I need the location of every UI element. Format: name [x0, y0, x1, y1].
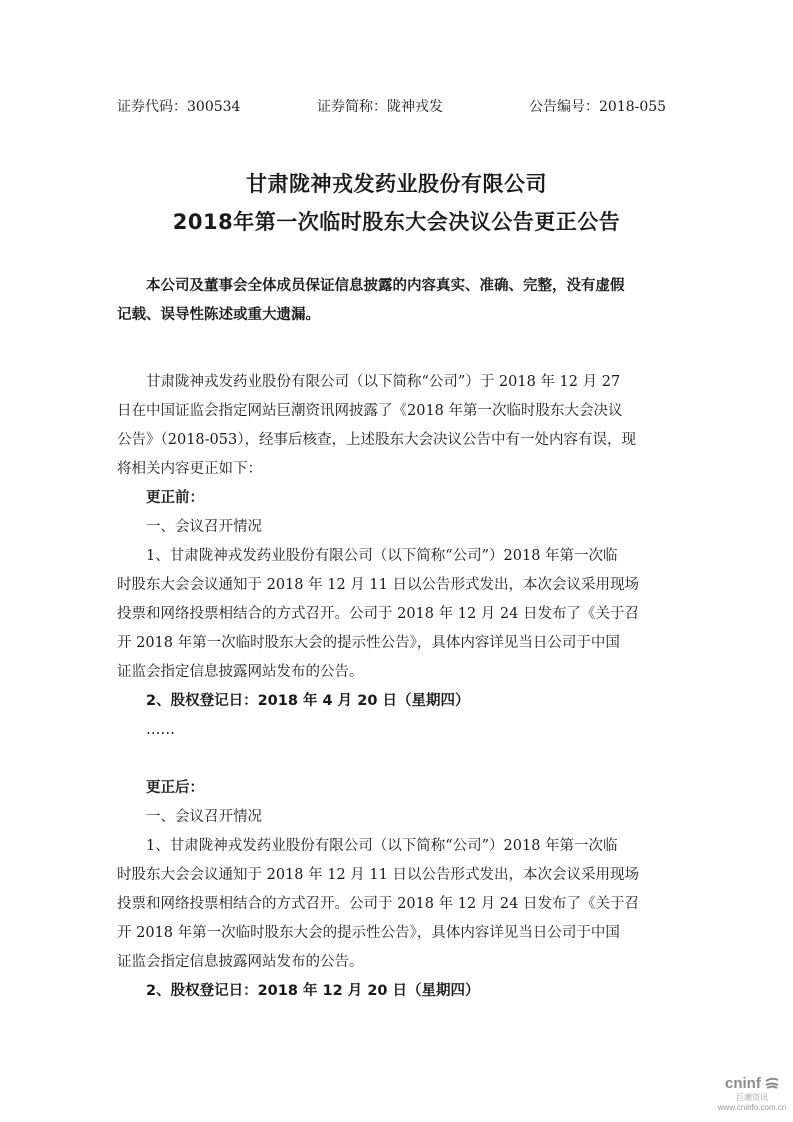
after-record-date: 2、股权登记日：2018 年 12 月 20 日（星期四）	[117, 977, 677, 1006]
after-item-line: 证监会指定信息披露网站发布的公告。	[117, 948, 677, 977]
statement-line: 记载、误导性陈述或重大遗漏。	[117, 301, 677, 330]
watermark-cn-name: 巨潮资讯	[712, 1092, 792, 1103]
notice-number: 公告编号：2018-055	[529, 96, 666, 116]
cninfo-logo-icon: cninf	[712, 1075, 792, 1092]
ellipsis: ……	[117, 716, 677, 745]
intro-line: 甘肃陇神戎发药业股份有限公司（以下简称“公司”）于 2018 年 12 月 27	[117, 368, 677, 397]
statement-line: 本公司及董事会全体成员保证信息披露的内容真实、准确、完整，没有虚假	[117, 272, 677, 301]
after-item-line: 投票和网络投票相结合的方式召开。公司于 2018 年 12 月 24 日发布了《…	[117, 890, 677, 919]
before-item-line: 开 2018 年第一次临时股东大会的提示性公告》，具体内容详见当日公司于中国	[117, 629, 677, 658]
before-item-line: 1、甘肃陇神戎发药业股份有限公司（以下简称“公司”）2018 年第一次临	[117, 542, 677, 571]
title-notice: 2018年第一次临时股东大会决议公告更正公告	[0, 206, 793, 236]
before-item-line: 时股东大会会议通知于 2018 年 12 月 11 日以公告形式发出，本次会议采…	[117, 571, 677, 600]
after-item-line: 时股东大会会议通知于 2018 年 12 月 11 日以公告形式发出，本次会议采…	[117, 861, 677, 890]
after-item-line: 开 2018 年第一次临时股东大会的提示性公告》，具体内容详见当日公司于中国	[117, 919, 677, 948]
after-heading: 更正后：	[117, 774, 677, 803]
cninfo-watermark: cninf 巨潮资讯 www.cninfo.com.cn	[712, 1075, 792, 1112]
before-correction: 更正前： 一、会议召开情况 1、甘肃陇神戎发药业股份有限公司（以下简称“公司”）…	[117, 484, 677, 745]
watermark-url: www.cninfo.com.cn	[712, 1103, 792, 1112]
stock-code: 证券代码：300534	[117, 96, 240, 116]
stock-abbreviation: 证券简称：陇神戎发	[317, 96, 443, 116]
intro-line: 日在中国证监会指定网站巨潮资讯网披露了《2018 年第一次临时股东大会决议	[117, 397, 677, 426]
before-record-date: 2、股权登记日：2018 年 4 月 20 日（星期四）	[117, 687, 677, 716]
intro-line: 将相关内容更正如下：	[117, 455, 677, 484]
title-company: 甘肃陇神戎发药业股份有限公司	[0, 168, 793, 198]
before-heading: 更正前：	[117, 484, 677, 513]
after-item-line: 1、甘肃陇神戎发药业股份有限公司（以下简称“公司”）2018 年第一次临	[117, 832, 677, 861]
after-correction: 更正后： 一、会议召开情况 1、甘肃陇神戎发药业股份有限公司（以下简称“公司”）…	[117, 774, 677, 1006]
document-header: 证券代码：300534 证券简称：陇神戎发 公告编号：2018-055	[117, 96, 677, 116]
intro-line: 公告》（2018-053），经事后核查，上述股东大会决议公告中有一处内容有误，现	[117, 426, 677, 455]
statement: 本公司及董事会全体成员保证信息披露的内容真实、准确、完整，没有虚假 记载、误导性…	[117, 272, 677, 330]
after-section-heading: 一、会议召开情况	[117, 803, 677, 832]
before-item-line: 投票和网络投票相结合的方式召开。公司于 2018 年 12 月 24 日发布了《…	[117, 600, 677, 629]
intro-paragraph: 甘肃陇神戎发药业股份有限公司（以下简称“公司”）于 2018 年 12 月 27…	[117, 368, 677, 484]
before-section-heading: 一、会议召开情况	[117, 513, 677, 542]
before-item-line: 证监会指定信息披露网站发布的公告。	[117, 658, 677, 687]
